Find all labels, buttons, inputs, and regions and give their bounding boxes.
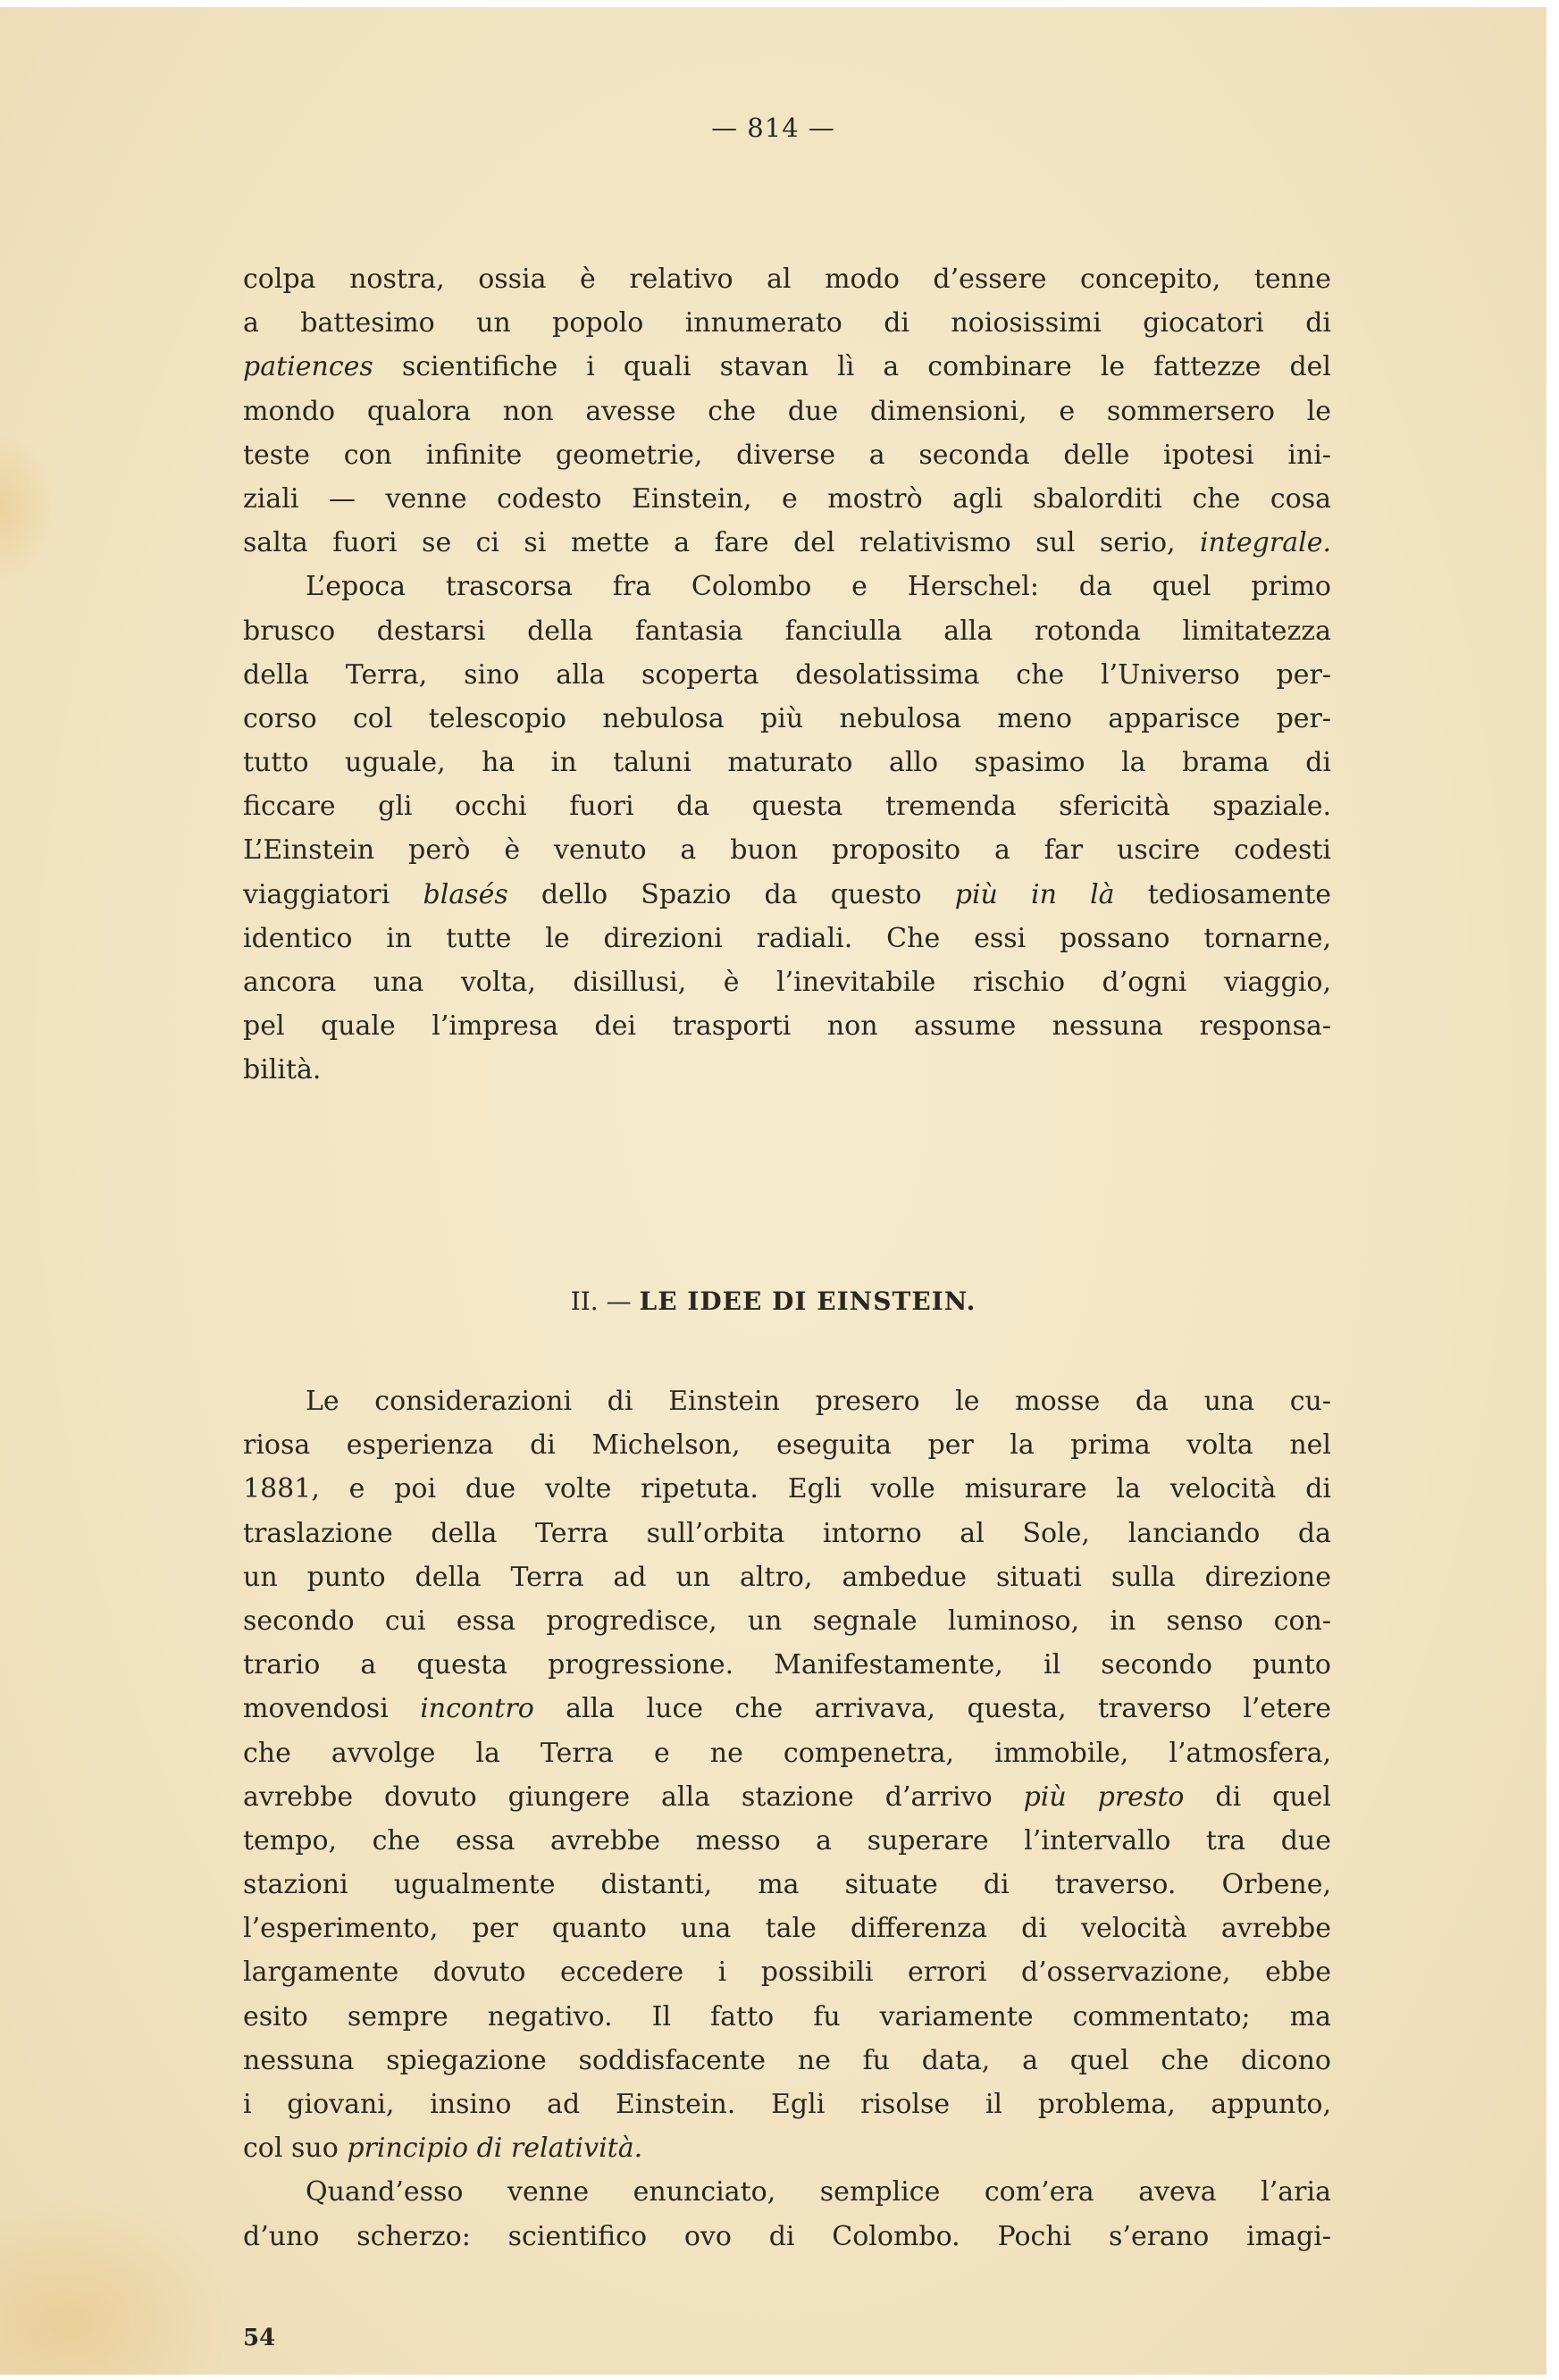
text-line: traslazione della Terra sull’orbita into… bbox=[243, 1512, 1331, 1555]
text-run: L’epoca trascorsa fra Colombo e Herschel… bbox=[306, 571, 1331, 602]
text-line: l’esperimento, per quanto una tale diffe… bbox=[243, 1907, 1331, 1950]
text-line: largamente dovuto eccedere i possibili e… bbox=[243, 1950, 1331, 1994]
text-line: avrebbe dovuto giungere alla stazione d’… bbox=[243, 1775, 1331, 1819]
text-line: colpa nostra, ossia è relativo al modo d… bbox=[243, 257, 1331, 301]
text-line: identico in tutte le direzioni radiali. … bbox=[243, 917, 1331, 960]
text-run: nessuna spiegazione soddisfacente ne fu … bbox=[243, 2045, 1331, 2076]
italic-text: incontro bbox=[420, 1693, 534, 1724]
text-run: dello Spazio da questo bbox=[508, 879, 955, 910]
text-run: tutto uguale, ha in taluni maturato allo… bbox=[243, 747, 1331, 778]
text-line: 1881, e poi due volte ripetuta. Egli vol… bbox=[243, 1467, 1331, 1511]
text-line: viaggiatori blasés dello Spazio da quest… bbox=[243, 873, 1331, 917]
text-run: secondo cui essa progredisce, un segnale… bbox=[243, 1605, 1331, 1637]
italic-text: principio di relatività. bbox=[347, 2133, 642, 2164]
text-run: i giovani, insino ad Einstein. Egli riso… bbox=[243, 2089, 1331, 2120]
text-run: trario a questa progressione. Manifestam… bbox=[243, 1649, 1331, 1680]
page-number: — 814 — bbox=[0, 113, 1546, 143]
text-line: bilità. bbox=[243, 1048, 1331, 1092]
text-run: stazioni ugualmente distanti, ma situate… bbox=[243, 1869, 1331, 1900]
text-run: identico in tutte le direzioni radiali. … bbox=[243, 923, 1331, 954]
text-line: patiences scientifiche i quali stavan lì… bbox=[243, 345, 1331, 389]
text-line: ziali — venne codesto Einstein, e mostrò… bbox=[243, 477, 1331, 521]
italic-text: più presto bbox=[1024, 1781, 1185, 1813]
scanned-page: — 814 — colpa nostra, ossia è relativo a… bbox=[0, 7, 1546, 2375]
text-line: a battesimo un popolo innumerato di noio… bbox=[243, 301, 1331, 345]
text-run: L’Einstein però è venuto a buon proposit… bbox=[243, 834, 1331, 866]
text-line: brusco destarsi della fantasia fanciulla… bbox=[243, 609, 1331, 653]
text-run: ficcare gli occhi fuori da questa tremen… bbox=[243, 791, 1331, 822]
text-line: mondo qualora non avesse che due dimensi… bbox=[243, 390, 1331, 433]
signature-mark: 54 bbox=[243, 2325, 275, 2351]
text-run: avrebbe dovuto giungere alla stazione d’… bbox=[243, 1781, 1024, 1813]
text-line: che avvolge la Terra e ne compenetra, im… bbox=[243, 1731, 1331, 1775]
text-line: nessuna spiegazione soddisfacente ne fu … bbox=[243, 2039, 1331, 2082]
text-run: bilità. bbox=[243, 1054, 321, 1085]
text-run: di quel bbox=[1184, 1781, 1331, 1813]
text-run: col suo bbox=[243, 2133, 347, 2164]
text-line: ancora una volta, disillusi, è l’inevita… bbox=[243, 960, 1331, 1004]
text-run: 1881, e poi due volte ripetuta. Egli vol… bbox=[243, 1473, 1331, 1504]
text-run: tediosamente bbox=[1115, 879, 1331, 910]
text-block-intro: colpa nostra, ossia è relativo al modo d… bbox=[243, 257, 1331, 1093]
italic-text: più in là bbox=[955, 879, 1115, 910]
text-line: un punto della Terra ad un altro, ambedu… bbox=[243, 1555, 1331, 1599]
text-line: riosa esperienza di Michelson, eseguita … bbox=[243, 1423, 1331, 1467]
italic-text: integrale. bbox=[1200, 527, 1331, 558]
paper-stain bbox=[0, 436, 54, 579]
text-run: l’esperimento, per quanto una tale diffe… bbox=[243, 1913, 1331, 1944]
text-run: colpa nostra, ossia è relativo al modo d… bbox=[243, 264, 1331, 295]
text-run: alla luce che arrivava, questa, traverso… bbox=[534, 1693, 1331, 1724]
text-line: della Terra, sino alla scoperta desolati… bbox=[243, 653, 1331, 697]
text-run: ziali — venne codesto Einstein, e mostrò… bbox=[243, 483, 1331, 515]
text-line: pel quale l’impresa dei trasporti non as… bbox=[243, 1004, 1331, 1048]
text-run: della Terra, sino alla scoperta desolati… bbox=[243, 659, 1331, 691]
text-line: trario a questa progressione. Manifestam… bbox=[243, 1643, 1331, 1687]
text-run: pel quale l’impresa dei trasporti non as… bbox=[243, 1010, 1331, 1042]
section-number: II. — bbox=[571, 1286, 632, 1316]
text-run: scientifiche i quali stavan lì a combina… bbox=[373, 351, 1331, 382]
text-line: i giovani, insino ad Einstein. Egli riso… bbox=[243, 2082, 1331, 2126]
text-run: d’uno scherzo: scientifico ovo di Colomb… bbox=[243, 2221, 1331, 2252]
text-line: ficcare gli occhi fuori da questa tremen… bbox=[243, 784, 1331, 828]
text-line: L’Einstein però è venuto a buon proposit… bbox=[243, 828, 1331, 872]
text-run: corso col telescopio nebulosa più nebulo… bbox=[243, 703, 1331, 734]
text-line: teste con infinite geometrie, diverse a … bbox=[243, 433, 1331, 477]
text-line: tempo, che essa avrebbe messo a superare… bbox=[243, 1819, 1331, 1863]
text-run: un punto della Terra ad un altro, ambedu… bbox=[243, 1562, 1331, 1593]
text-run: Quand’esso venne enunciato, semplice com… bbox=[306, 2176, 1331, 2208]
text-run: brusco destarsi della fantasia fanciulla… bbox=[243, 616, 1331, 647]
text-run: esito sempre negativo. Il fatto fu varia… bbox=[243, 2001, 1331, 2032]
text-run: mondo qualora non avesse che due dimensi… bbox=[243, 396, 1331, 427]
section-title: LE IDEE DI EINSTEIN. bbox=[640, 1286, 976, 1316]
text-run: che avvolge la Terra e ne compenetra, im… bbox=[243, 1738, 1331, 1769]
text-run: riosa esperienza di Michelson, eseguita … bbox=[243, 1429, 1331, 1461]
text-line: salta fuori se ci si mette a fare del re… bbox=[243, 521, 1331, 565]
text-line: tutto uguale, ha in taluni maturato allo… bbox=[243, 741, 1331, 784]
text-run: a battesimo un popolo innumerato di noio… bbox=[243, 307, 1331, 339]
text-run: teste con infinite geometrie, diverse a … bbox=[243, 440, 1331, 471]
text-run: ancora una volta, disillusi, è l’inevita… bbox=[243, 967, 1331, 998]
text-run: largamente dovuto eccedere i possibili e… bbox=[243, 1957, 1331, 1988]
text-line: Quand’esso venne enunciato, semplice com… bbox=[243, 2170, 1331, 2214]
paper-stain bbox=[0, 2196, 232, 2375]
italic-text: blasés bbox=[423, 879, 508, 910]
text-line: movendosi incontro alla luce che arrivav… bbox=[243, 1687, 1331, 1731]
text-line: d’uno scherzo: scientifico ovo di Colomb… bbox=[243, 2215, 1331, 2258]
text-line: corso col telescopio nebulosa più nebulo… bbox=[243, 697, 1331, 741]
text-run: Le considerazioni di Einstein presero le… bbox=[306, 1386, 1331, 1417]
text-run: traslazione della Terra sull’orbita into… bbox=[243, 1518, 1331, 1549]
text-run: salta fuori se ci si mette a fare del re… bbox=[243, 527, 1200, 558]
italic-text: patiences bbox=[243, 351, 373, 382]
text-line: stazioni ugualmente distanti, ma situate… bbox=[243, 1863, 1331, 1907]
text-line: esito sempre negativo. Il fatto fu varia… bbox=[243, 1995, 1331, 2039]
text-run: movendosi bbox=[243, 1693, 420, 1724]
text-run: tempo, che essa avrebbe messo a superare… bbox=[243, 1825, 1331, 1856]
text-line: secondo cui essa progredisce, un segnale… bbox=[243, 1599, 1331, 1643]
text-line: L’epoca trascorsa fra Colombo e Herschel… bbox=[243, 565, 1331, 608]
text-line: col suo principio di relatività. bbox=[243, 2126, 1331, 2170]
text-block-section-ii: Le considerazioni di Einstein presero le… bbox=[243, 1379, 1331, 2258]
text-line: Le considerazioni di Einstein presero le… bbox=[243, 1379, 1331, 1423]
text-run: viaggiatori bbox=[243, 879, 423, 910]
section-heading: II. — LE IDEE DI EINSTEIN. bbox=[0, 1286, 1546, 1316]
